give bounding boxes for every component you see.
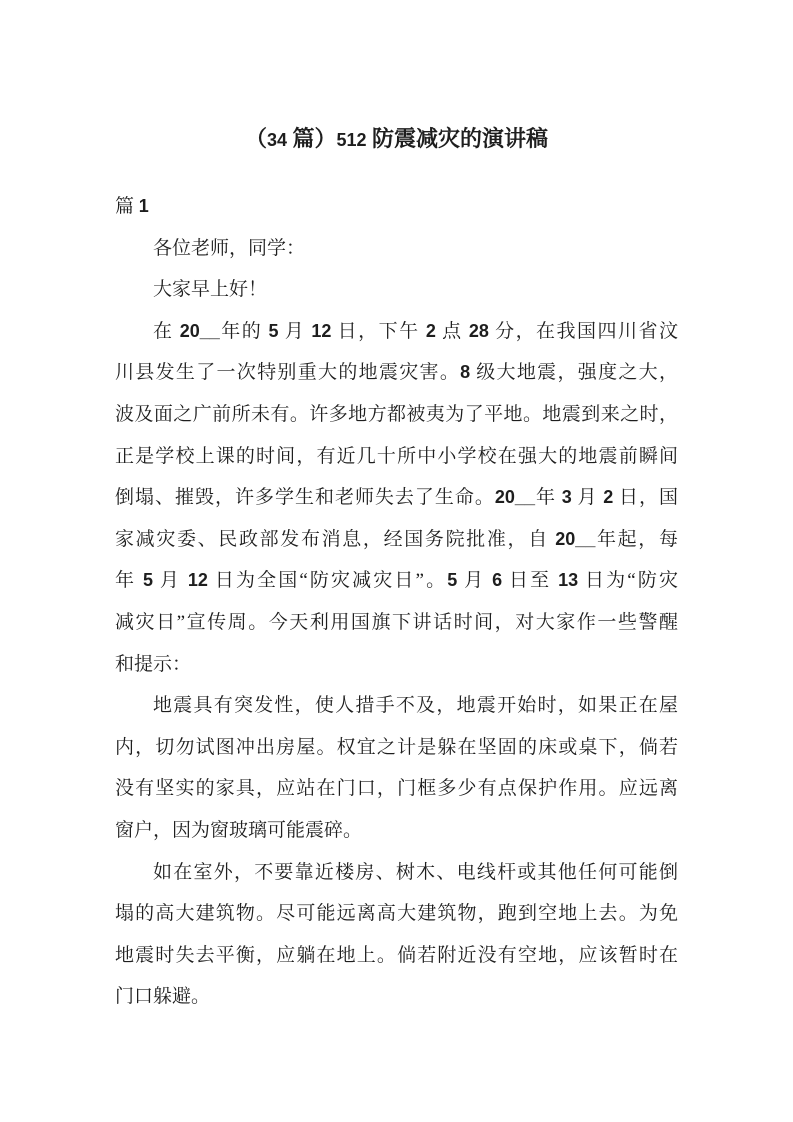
text-line: 减灾日”宣传周。今天利用国旗下讲话时间，对大家作一些警醒 [115, 602, 678, 644]
text-line: 地震时失去平衡，应躺在地上。倘若附近没有空地，应该暂时在 [115, 935, 678, 977]
document-title: （34 篇）512 防震减灾的演讲稿 [115, 0, 678, 161]
text-line: 在 20__年的 5 月 12 日，下午 2 点 28 分，在我国四川省汶 [115, 311, 678, 353]
numeric-text: 20__ [555, 529, 595, 549]
paragraph: 大家早上好！ [115, 269, 678, 311]
paragraph: 地震具有突发性，使人措手不及，地震开始时，如果正在屋内，切勿试图冲出房屋。权宜之… [115, 685, 678, 851]
text-line: 家减灾委、民政部发布消息，经国务院批准，自 20__年起，每 [115, 519, 678, 561]
numeric-text: 512 [337, 130, 367, 150]
text-line: 和提示： [115, 644, 678, 686]
numeric-text: 13 [558, 570, 578, 590]
text-line: 正是学校上课的时间，有近几十所中小学校在强大的地震前瞬间 [115, 436, 678, 478]
numeric-text: 2 [603, 487, 613, 507]
numeric-text: 12 [188, 570, 208, 590]
text-line: 门口躲避。 [115, 976, 678, 1018]
text-line: 大家早上好！ [115, 269, 678, 311]
document-body: 各位老师，同学：大家早上好！在 20__年的 5 月 12 日，下午 2 点 2… [115, 228, 678, 1018]
paragraph: 在 20__年的 5 月 12 日，下午 2 点 28 分，在我国四川省汶川县发… [115, 311, 678, 685]
numeric-text: 6 [492, 570, 502, 590]
text-line: 川县发生了一次特别重大的地震灾害。8 级大地震，强度之大， [115, 352, 678, 394]
numeric-text: 5 [143, 570, 153, 590]
section-label: 篇 1 [115, 186, 678, 228]
text-line: 地震具有突发性，使人措手不及，地震开始时，如果正在屋 [115, 685, 678, 727]
numeric-text: 20__ [180, 321, 220, 341]
document-page: （34 篇）512 防震减灾的演讲稿 篇 1 各位老师，同学：大家早上好！在 2… [0, 0, 793, 1122]
numeric-text: 20__ [495, 487, 535, 507]
text-line: 如在室外，不要靠近楼房、树木、电线杆或其他任何可能倒 [115, 852, 678, 894]
numeric-text: 1 [139, 196, 149, 216]
text-line: 各位老师，同学： [115, 228, 678, 270]
paragraph: 各位老师，同学： [115, 228, 678, 270]
text-line: 年 5 月 12 日为全国“防灾减灾日”。5 月 6 日至 13 日为“防灾 [115, 560, 678, 602]
numeric-text: 28 [469, 321, 489, 341]
numeric-text: 5 [447, 570, 457, 590]
numeric-text: 34 [267, 130, 287, 150]
text-line: 塌的高大建筑物。尽可能远离高大建筑物，跑到空地上去。为免 [115, 893, 678, 935]
numeric-text: 5 [268, 321, 278, 341]
text-line: 没有坚实的家具，应站在门口，门框多少有点保护作用。应远离 [115, 768, 678, 810]
text-line: 倒塌、摧毁，许多学生和老师失去了生命。20__年 3 月 2 日，国 [115, 477, 678, 519]
document-content: （34 篇）512 防震减灾的演讲稿 篇 1 各位老师，同学：大家早上好！在 2… [0, 0, 793, 1018]
text-line: 窗户，因为窗玻璃可能震碎。 [115, 810, 678, 852]
paragraph: 如在室外，不要靠近楼房、树木、电线杆或其他任何可能倒塌的高大建筑物。尽可能远离高… [115, 852, 678, 1018]
numeric-text: 3 [562, 487, 572, 507]
numeric-text: 12 [311, 321, 331, 341]
text-line: 内，切勿试图冲出房屋。权宜之计是躲在坚固的床或桌下，倘若 [115, 727, 678, 769]
numeric-text: 8 [460, 362, 470, 382]
text-line: 波及面之广前所未有。许多地方都被夷为了平地。地震到来之时， [115, 394, 678, 436]
numeric-text: 2 [426, 321, 436, 341]
